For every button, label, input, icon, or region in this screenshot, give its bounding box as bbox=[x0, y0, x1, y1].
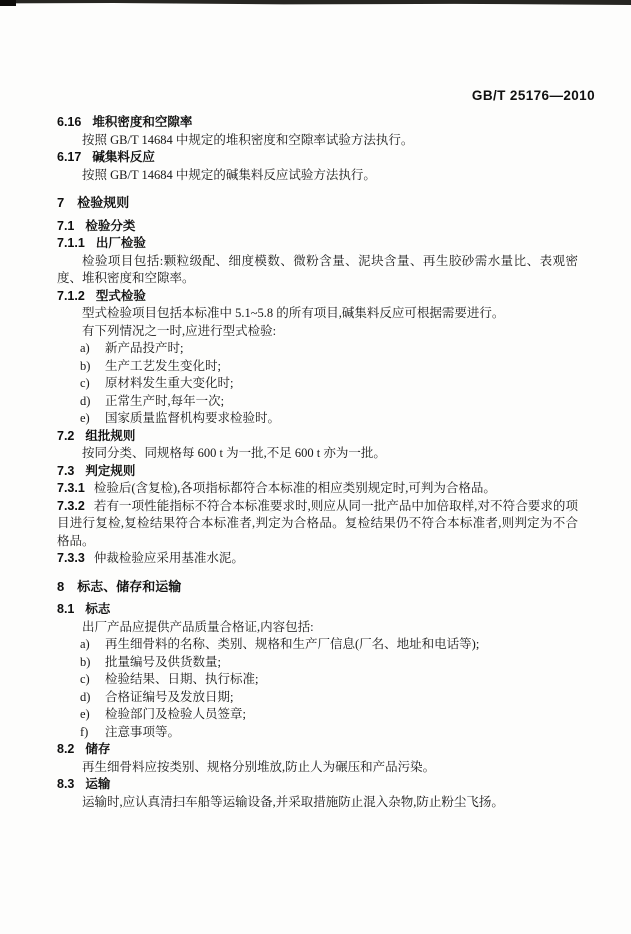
clause-number: 7 bbox=[57, 194, 64, 212]
block-text: 碱集料反应 bbox=[92, 150, 155, 164]
block-text: 判定规则 bbox=[85, 464, 135, 478]
block-text: 检验规则 bbox=[77, 195, 129, 210]
scan-artifact-corner-blob bbox=[0, 0, 16, 6]
clause-number: 6.17 bbox=[57, 149, 81, 167]
block-text: 型式检验项目包括本标准中 5.1~5.8 的所有项目,碱集料反应可根据需要进行。 bbox=[82, 306, 504, 320]
clause-number: 7.3.2 bbox=[57, 498, 85, 516]
list-item-label: d) bbox=[80, 393, 90, 411]
list-item: a)再生细骨料的名称、类别、规格和生产厂信息(厂名、地址和电话等); bbox=[57, 636, 578, 654]
clause-heading: 8.3运输 bbox=[57, 776, 578, 794]
clause-number: 6.16 bbox=[57, 114, 81, 132]
list-item: c)检验结果、日期、执行标准; bbox=[57, 671, 578, 689]
block-text: 原材料发生重大变化时; bbox=[105, 376, 233, 390]
clause-text: 7.3.1检验后(含复检),各项指标都符合本标准的相应类别规定时,可判为合格品。 bbox=[57, 480, 578, 498]
standard-code-header: GB/T 25176—2010 bbox=[472, 88, 595, 103]
list-item: b)批量编号及供货数量; bbox=[57, 654, 578, 672]
block-text: 检验分类 bbox=[85, 219, 135, 233]
block-text: 生产工艺发生变化时; bbox=[105, 359, 221, 373]
block-text: 检验结果、日期、执行标准; bbox=[105, 672, 258, 686]
clause-heading: 6.16堆积密度和空隙率 bbox=[57, 114, 578, 132]
clause-text: 7.3.3仲裁检验应采用基准水泥。 bbox=[57, 550, 578, 568]
list-item-label: a) bbox=[80, 636, 90, 654]
list-item: d)合格证编号及发放日期; bbox=[57, 689, 578, 707]
clause-number: 7.2 bbox=[57, 428, 74, 446]
clause-number: 8.3 bbox=[57, 776, 74, 794]
list-item-label: d) bbox=[80, 689, 90, 707]
list-item-label: b) bbox=[80, 358, 90, 376]
clause-heading: 8.2储存 bbox=[57, 741, 578, 759]
paragraph: 出厂产品应提供产品质量合格证,内容包括: bbox=[57, 619, 578, 637]
list-item-label: e) bbox=[80, 410, 90, 428]
paragraph: 按同分类、同规格每 600 t 为一批,不足 600 t 亦为一批。 bbox=[57, 445, 578, 463]
block-text: 按照 GB/T 14684 中规定的堆积密度和空隙率试验方法执行。 bbox=[82, 133, 413, 147]
paragraph: 按照 GB/T 14684 中规定的碱集料反应试验方法执行。 bbox=[57, 167, 578, 185]
block-text: 检验后(含复检),各项指标都符合本标准的相应类别规定时,可判为合格品。 bbox=[94, 481, 496, 495]
list-item-label: e) bbox=[80, 706, 90, 724]
list-item: f)注意事项等。 bbox=[57, 724, 578, 742]
block-text: 出厂检验 bbox=[96, 236, 146, 250]
chapter-heading: 8标志、储存和运输 bbox=[57, 578, 578, 596]
paragraph: 型式检验项目包括本标准中 5.1~5.8 的所有项目,碱集料反应可根据需要进行。 bbox=[57, 305, 578, 323]
clause-heading: 7.1.1出厂检验 bbox=[57, 235, 578, 253]
list-item: c)原材料发生重大变化时; bbox=[57, 375, 578, 393]
clause-number: 7.1.2 bbox=[57, 288, 85, 306]
block-text: 再生细骨料的名称、类别、规格和生产厂信息(厂名、地址和电话等); bbox=[105, 637, 479, 651]
list-item-label: c) bbox=[80, 671, 90, 689]
block-text: 再生细骨料应按类别、规格分别堆放,防止人为碾压和产品污染。 bbox=[82, 760, 435, 774]
block-text: 出厂产品应提供产品质量合格证,内容包括: bbox=[82, 620, 314, 634]
paragraph: 运输时,应认真清扫车船等运输设备,并采取措施防止混入杂物,防止粉尘飞扬。 bbox=[57, 794, 578, 812]
block-text: 型式检验 bbox=[96, 289, 146, 303]
block-text: 合格证编号及发放日期; bbox=[105, 690, 233, 704]
clause-number: 7.1 bbox=[57, 218, 74, 236]
block-text: 有下列情况之一时,应进行型式检验: bbox=[82, 324, 276, 338]
block-text: 堆积密度和空隙率 bbox=[92, 115, 192, 129]
scanned-standard-page: GB/T 25176—2010 6.16堆积密度和空隙率按照 GB/T 1468… bbox=[0, 0, 631, 934]
clause-heading: 7.1.2型式检验 bbox=[57, 288, 578, 306]
clause-heading: 8.1标志 bbox=[57, 601, 578, 619]
block-text: 标志、储存和运输 bbox=[77, 579, 181, 594]
clause-number: 8 bbox=[57, 578, 64, 596]
clause-heading: 7.3判定规则 bbox=[57, 463, 578, 481]
clause-heading: 7.1检验分类 bbox=[57, 218, 578, 236]
block-text: 仲裁检验应采用基准水泥。 bbox=[94, 551, 244, 565]
clause-number: 8.2 bbox=[57, 741, 74, 759]
clause-heading: 7.2组批规则 bbox=[57, 428, 578, 446]
clause-heading: 6.17碱集料反应 bbox=[57, 149, 578, 167]
block-text: 按照 GB/T 14684 中规定的碱集料反应试验方法执行。 bbox=[82, 168, 376, 182]
block-text: 运输 bbox=[85, 777, 110, 791]
list-item: a)新产品投产时; bbox=[57, 340, 578, 358]
paragraph: 按照 GB/T 14684 中规定的堆积密度和空隙率试验方法执行。 bbox=[57, 132, 578, 150]
clause-number: 7.3.3 bbox=[57, 550, 85, 568]
block-text: 检验项目包括:颗粒级配、细度模数、微粉含量、泥块含量、再生胶砂需水量比、表观密度… bbox=[57, 254, 578, 286]
list-item: b)生产工艺发生变化时; bbox=[57, 358, 578, 376]
list-item: e)检验部门及检验人员签章; bbox=[57, 706, 578, 724]
list-item: e)国家质量监督机构要求检验时。 bbox=[57, 410, 578, 428]
clause-number: 7.3.1 bbox=[57, 480, 85, 498]
block-text: 标志 bbox=[85, 602, 110, 616]
clause-number: 8.1 bbox=[57, 601, 74, 619]
block-text: 新产品投产时; bbox=[105, 341, 183, 355]
block-text: 批量编号及供货数量; bbox=[105, 655, 221, 669]
list-item: d)正常生产时,每年一次; bbox=[57, 393, 578, 411]
clause-number: 7.1.1 bbox=[57, 235, 85, 253]
block-text: 按同分类、同规格每 600 t 为一批,不足 600 t 亦为一批。 bbox=[82, 446, 386, 460]
list-item-label: c) bbox=[80, 375, 90, 393]
block-text: 组批规则 bbox=[85, 429, 135, 443]
block-text: 正常生产时,每年一次; bbox=[105, 394, 224, 408]
scan-artifact-top-band bbox=[0, 0, 631, 8]
list-item-label: b) bbox=[80, 654, 90, 672]
paragraph: 再生细骨料应按类别、规格分别堆放,防止人为碾压和产品污染。 bbox=[57, 759, 578, 777]
block-text: 国家质量监督机构要求检验时。 bbox=[105, 411, 280, 425]
clause-number: 7.3 bbox=[57, 463, 74, 481]
list-item-label: f) bbox=[80, 724, 88, 742]
block-text: 注意事项等。 bbox=[105, 725, 180, 739]
chapter-heading: 7检验规则 bbox=[57, 194, 578, 212]
list-item-label: a) bbox=[80, 340, 90, 358]
document-body: 6.16堆积密度和空隙率按照 GB/T 14684 中规定的堆积密度和空隙率试验… bbox=[57, 114, 578, 811]
block-text: 运输时,应认真清扫车船等运输设备,并采取措施防止混入杂物,防止粉尘飞扬。 bbox=[82, 795, 504, 809]
paragraph: 检验项目包括:颗粒级配、细度模数、微粉含量、泥块含量、再生胶砂需水量比、表观密度… bbox=[57, 253, 578, 288]
block-text: 储存 bbox=[85, 742, 110, 756]
block-text: 检验部门及检验人员签章; bbox=[105, 707, 246, 721]
paragraph: 有下列情况之一时,应进行型式检验: bbox=[57, 323, 578, 341]
block-text: 若有一项性能指标不符合本标准要求时,则应从同一批产品中加倍取样,对不符合要求的项… bbox=[57, 499, 578, 548]
clause-text: 7.3.2若有一项性能指标不符合本标准要求时,则应从同一批产品中加倍取样,对不符… bbox=[57, 498, 578, 551]
